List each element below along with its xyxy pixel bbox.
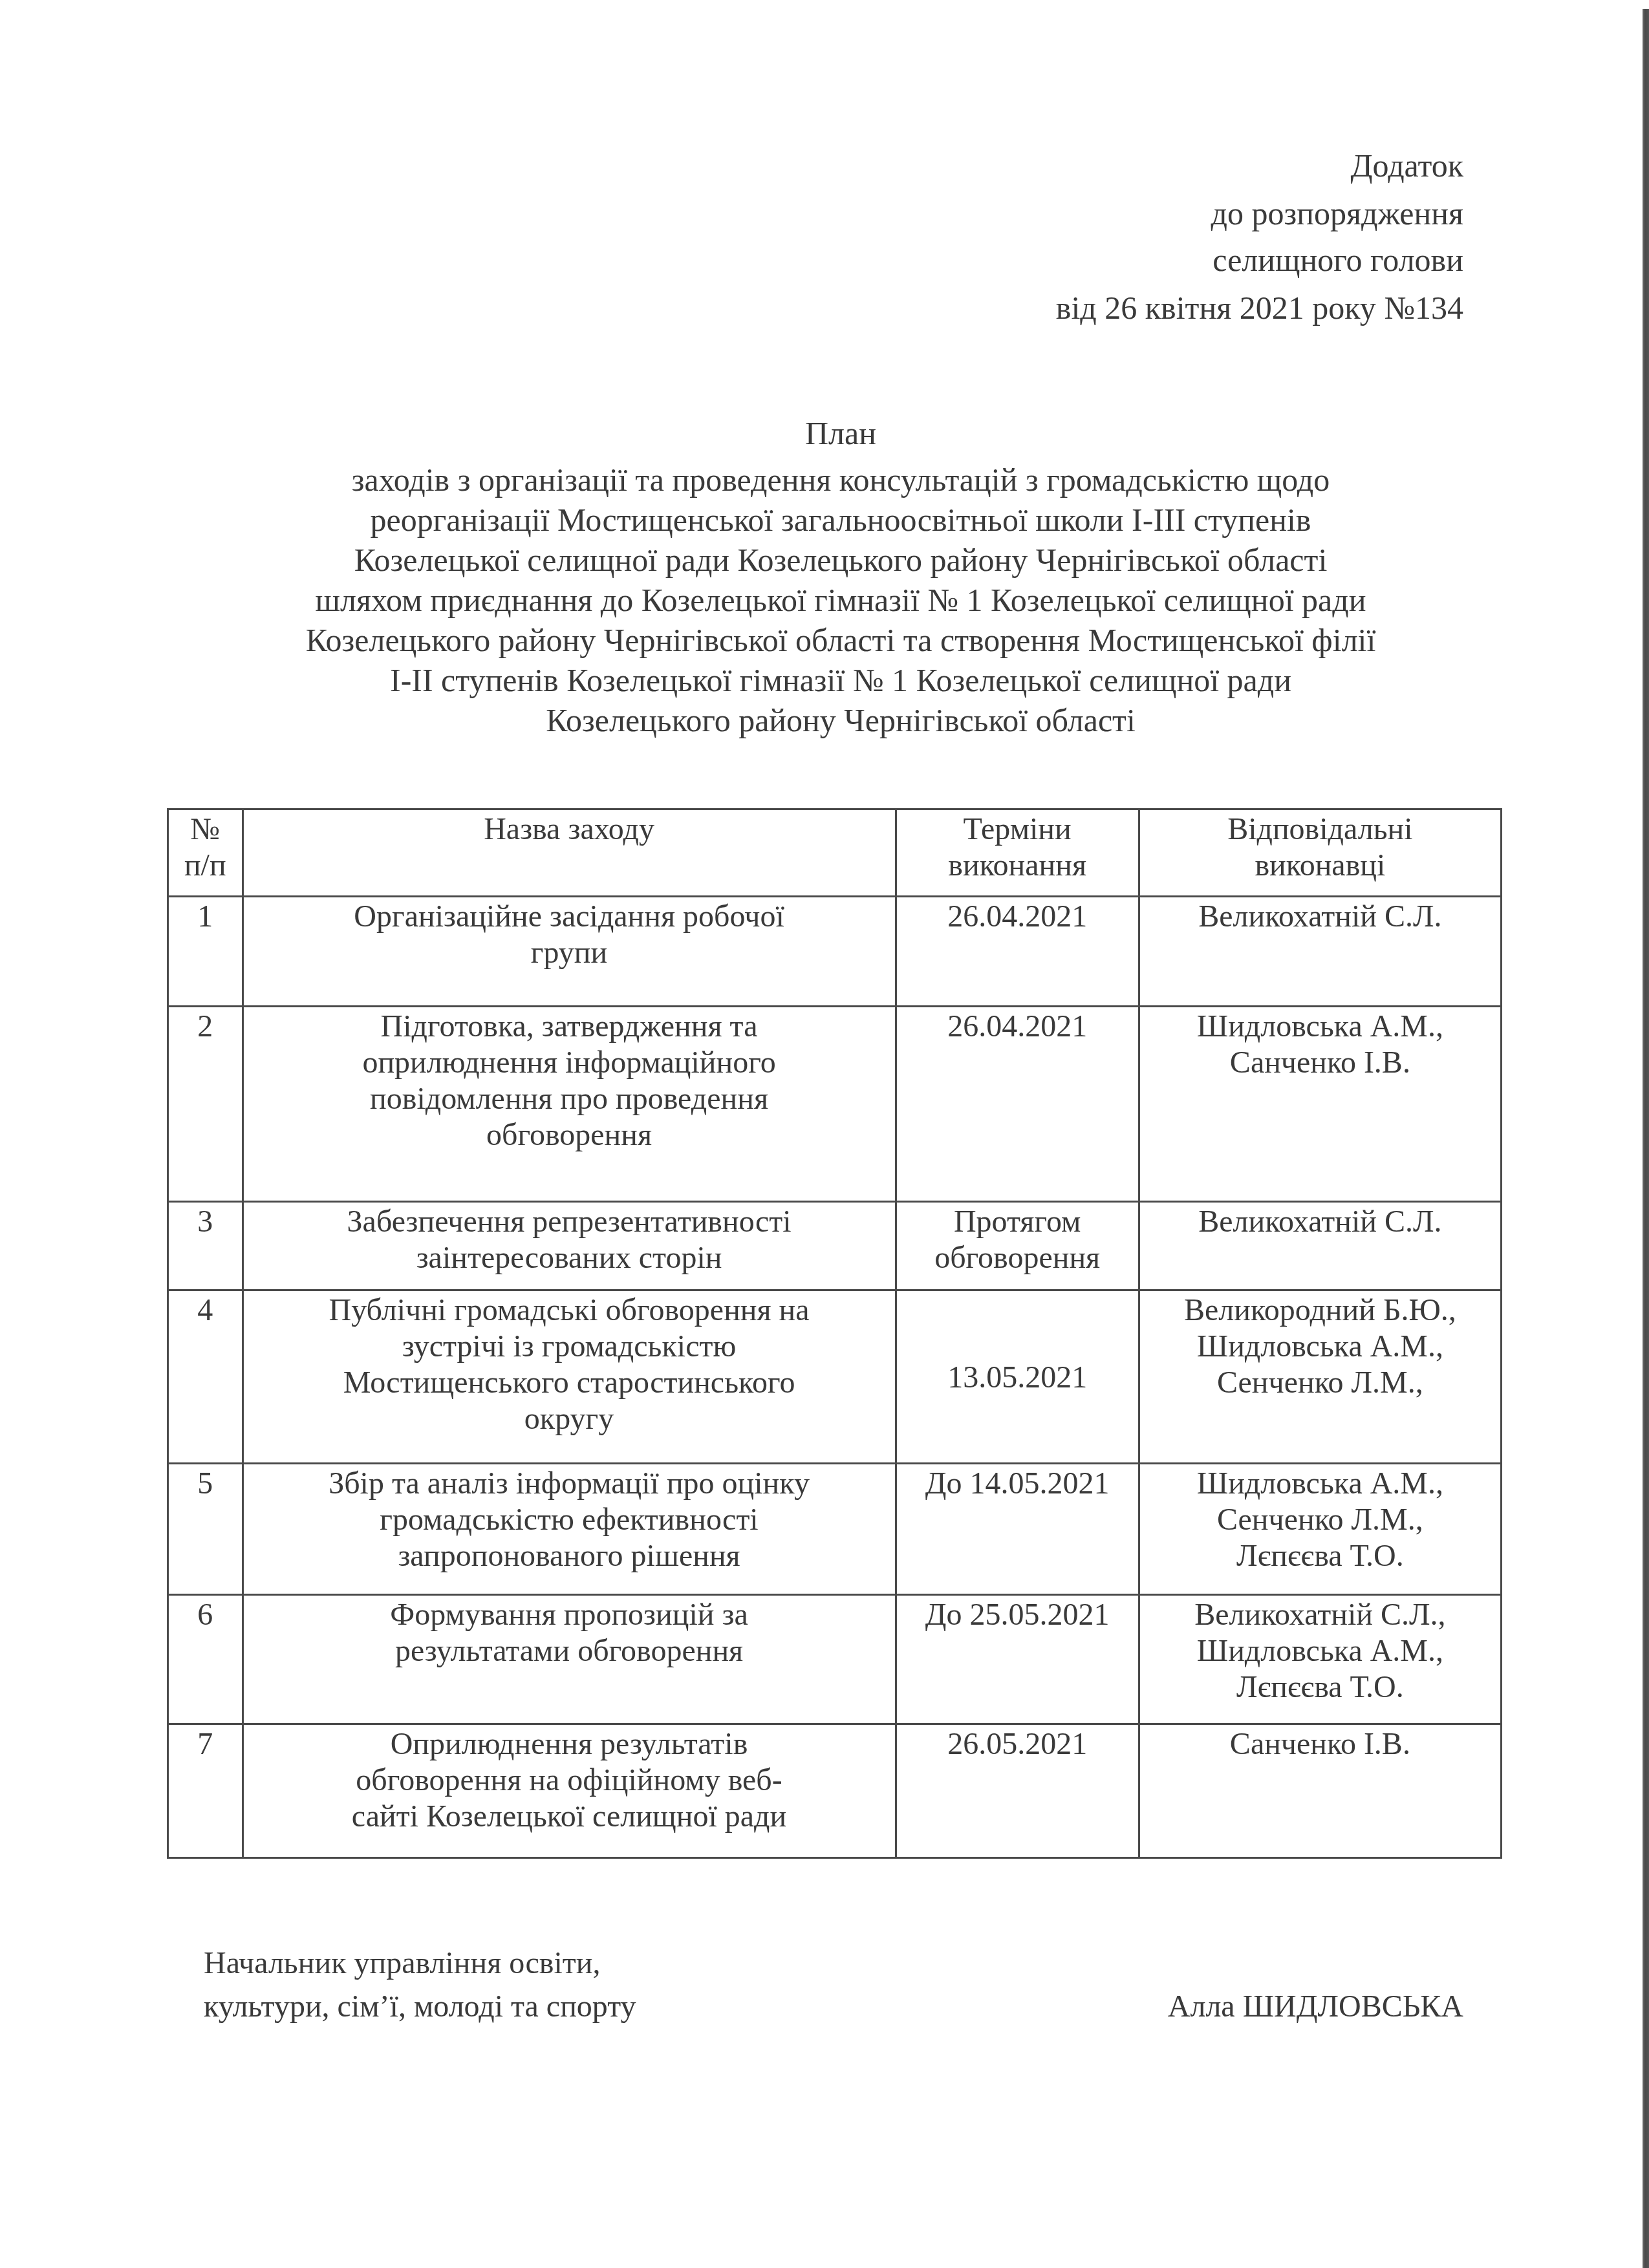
deadline: 26.04.2021 [896,1007,1139,1202]
row-number: 7 [168,1724,243,1858]
responsible: Великохатній С.Л. [1139,897,1501,1007]
column-header-deadline: Терміни виконання [896,809,1139,897]
table-row: 5 Збір та аналіз інформації про оцінку г… [168,1464,1502,1595]
deadline: 26.04.2021 [896,897,1139,1007]
table-row: 2 Підготовка, затвердження та оприлюднен… [168,1007,1502,1202]
plan-table: № п/п Назва заходу Терміни виконання Від… [167,808,1502,1859]
title-line: шляхом приєднання до Козелецької гімназі… [16,581,1649,619]
table-row: 3 Забезпечення репрезентативності заінте… [168,1202,1502,1290]
responsible: Великородний Б.Ю., Шидловська А.М., Сенч… [1139,1290,1501,1464]
column-header-responsible: Відповідальні виконавці [1139,809,1501,897]
appendix-date-number: від 26 квітня 2021 року №134 [1056,288,1463,327]
row-number: 3 [168,1202,243,1290]
activity-name: Забезпечення репрезентативності заінтере… [242,1202,896,1290]
activity-name: Організаційне засідання робочої групи [242,897,896,1007]
activity-name: Формування пропозицій за результатами об… [242,1595,896,1724]
scan-edge [1643,9,1649,2268]
deadline: Протягом обговорення [896,1202,1139,1290]
deadline: 26.05.2021 [896,1724,1139,1858]
appendix-label: Додаток [1351,146,1464,185]
title-line: реорганізації Мостищенської загальноосві… [16,500,1649,539]
row-number: 5 [168,1464,243,1595]
responsible: Шидловська А.М., Санченко І.В. [1139,1007,1501,1202]
appendix-issuer: селищного голови [1212,241,1463,279]
row-number: 4 [168,1290,243,1464]
table-row: 1 Організаційне засідання робочої групи … [168,897,1502,1007]
appendix-order-ref: до розпорядження [1211,194,1463,233]
title-line: І-ІІ ступенів Козелецької гімназії № 1 К… [16,661,1649,700]
activity-name: Збір та аналіз інформації про оцінку гро… [242,1464,896,1595]
column-header-number: № п/п [168,809,243,897]
row-number: 2 [168,1007,243,1202]
activity-name: Підготовка, затвердження та оприлюднення… [242,1007,896,1202]
signatory-position-line: Начальник управління освіти, [204,1944,600,1983]
table-row: 6 Формування пропозицій за результатами … [168,1595,1502,1724]
table-row: 7 Оприлюднення результатів обговорення н… [168,1724,1502,1858]
deadline: До 25.05.2021 [896,1595,1139,1724]
column-header-activity: Назва заходу [242,809,896,897]
deadline: 13.05.2021 [896,1290,1139,1464]
table-row: 4 Публічні громадські обговорення на зус… [168,1290,1502,1464]
title-line: заходів з організації та проведення конс… [16,460,1649,499]
responsible: Великохатній С.Л., Шидловська А.М., Лєпє… [1139,1595,1501,1724]
title-line: Козелецької селищної ради Козелецького р… [16,540,1649,579]
row-number: 1 [168,897,243,1007]
table-header-row: № п/п Назва заходу Терміни виконання Від… [168,809,1502,897]
signatory-name: Алла ШИДЛОВСЬКА [1168,1987,1463,2026]
title-line: Козелецького району Чернігівської област… [16,621,1649,659]
deadline: До 14.05.2021 [896,1464,1139,1595]
activity-name: Публічні громадські обговорення на зустр… [242,1290,896,1464]
responsible: Шидловська А.М., Сенченко Л.М., Лєпєєва … [1139,1464,1501,1595]
row-number: 6 [168,1595,243,1724]
responsible: Великохатній С.Л. [1139,1202,1501,1290]
title-line: Козелецького району Чернігівської област… [16,701,1649,740]
title-heading: План [16,414,1649,453]
activity-name: Оприлюднення результатів обговорення на … [242,1724,896,1858]
signatory-position-line: культури, сім’ї, молоді та спорту [204,1987,636,2026]
responsible: Санченко І.В. [1139,1724,1501,1858]
